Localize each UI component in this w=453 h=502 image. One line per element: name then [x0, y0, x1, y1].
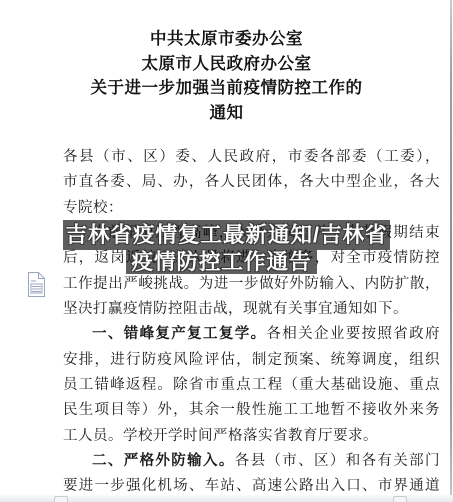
body-line: 民生项目等）外，其余一般性施工工地暂不接收外来务: [63, 398, 440, 423]
document-title: 中共太原市委办公室 太原市人民政府办公室 关于进一步加强当前疫情防控工作的 通知: [0, 27, 453, 126]
body-line: 当前正值返程高峰，大量人员返并，春节假期结束: [63, 221, 440, 246]
body-line-text: 要进一步强化机场、车站、高速公路出入口、市界通道: [63, 478, 440, 494]
body-line-text: 民生项目等）外，其余一般性施工工地暂不接收外来务: [63, 402, 440, 418]
body-line: 各县（市、区）委、人民政府，市委各部委（工委），: [63, 145, 440, 170]
document-title-line: 中共太原市委办公室: [0, 27, 453, 52]
document-body: 各县（市、区）委、人民政府，市委各部委（工委），市直各委、局、办，各人民团体，各…: [63, 145, 440, 500]
body-line: 工人员。学校开学时间严格落实省教育厅要求。: [63, 424, 440, 449]
body-line: 二、严格外防输入。各县（市、区）和各有关部门: [63, 449, 440, 474]
body-line-bold-lead: 一、错峰复产复工复学。: [92, 326, 266, 342]
body-line: 一、错峰复产复工复学。各相关企业要按照省政府: [63, 322, 440, 347]
body-line-text: 当前正值返程高峰，大量人员返并，春节假期结束: [92, 225, 440, 241]
document-title-line: 太原市人民政府办公室: [0, 52, 453, 77]
body-line: 员工错峰返程。除省市重点工程（重大基础设施、重点: [63, 373, 440, 398]
body-line-text: 安排，进行防疫风险评估，制定预案、统筹调度，组织: [63, 352, 440, 368]
document-title-line: 关于进一步加强当前疫情防控工作的: [0, 76, 453, 101]
body-line: 专院校：: [63, 196, 440, 221]
body-line: 工作提出严峻挑战。为进一步做好外防输入、内防扩散，: [63, 272, 440, 297]
body-line-text: 工人员。学校开学时间严格落实省教育厅要求。: [63, 428, 378, 444]
document-icon: [27, 271, 46, 298]
body-line-text: 坚决打赢疫情防控阻击战，现就有关事宜通知如下。: [63, 301, 408, 317]
scrollbar-button-right[interactable]: [393, 496, 407, 502]
page-container: 中共太原市委办公室 太原市人民政府办公室 关于进一步加强当前疫情防控工作的 通知…: [0, 0, 453, 502]
body-line-text: 各县（市、区）委、人民政府，市委各部委（工委），: [63, 149, 440, 165]
body-line-text: 员工错峰返程。除省市重点工程（重大基础设施、重点: [63, 377, 440, 393]
body-line-text: 市直各委、局、办，各人民团体，各大中型企业，各大: [63, 174, 440, 190]
body-line-text: 各县（市、区）和各有关部门: [235, 453, 440, 469]
body-line: 后，返岗返校返并人员将进一步增多，对全市疫情防控: [63, 246, 440, 271]
body-line-text: 工作提出严峻挑战。为进一步做好外防输入、内防扩散，: [63, 276, 440, 292]
vertical-scrollbar[interactable]: [450, 0, 452, 502]
body-line: 市直各委、局、办，各人民团体，各大中型企业，各大: [63, 170, 440, 195]
document-title-line: 通知: [0, 101, 453, 126]
body-line-bold-lead: 二、严格外防输入。: [92, 453, 235, 469]
body-line: 安排，进行防疫风险评估，制定预案、统筹调度，组织: [63, 348, 440, 373]
body-line-text: 后，返岗返校返并人员将进一步增多，对全市疫情防控: [63, 250, 440, 266]
body-line-text: 专院校：: [63, 200, 123, 216]
body-line: 坚决打赢疫情防控阻击战，现就有关事宜通知如下。: [63, 297, 440, 322]
body-line-text: 各相关企业要按照省政府: [266, 326, 440, 342]
scrollbar-button-left[interactable]: [54, 496, 68, 502]
horizontal-scrollbar-track[interactable]: [0, 495, 453, 502]
